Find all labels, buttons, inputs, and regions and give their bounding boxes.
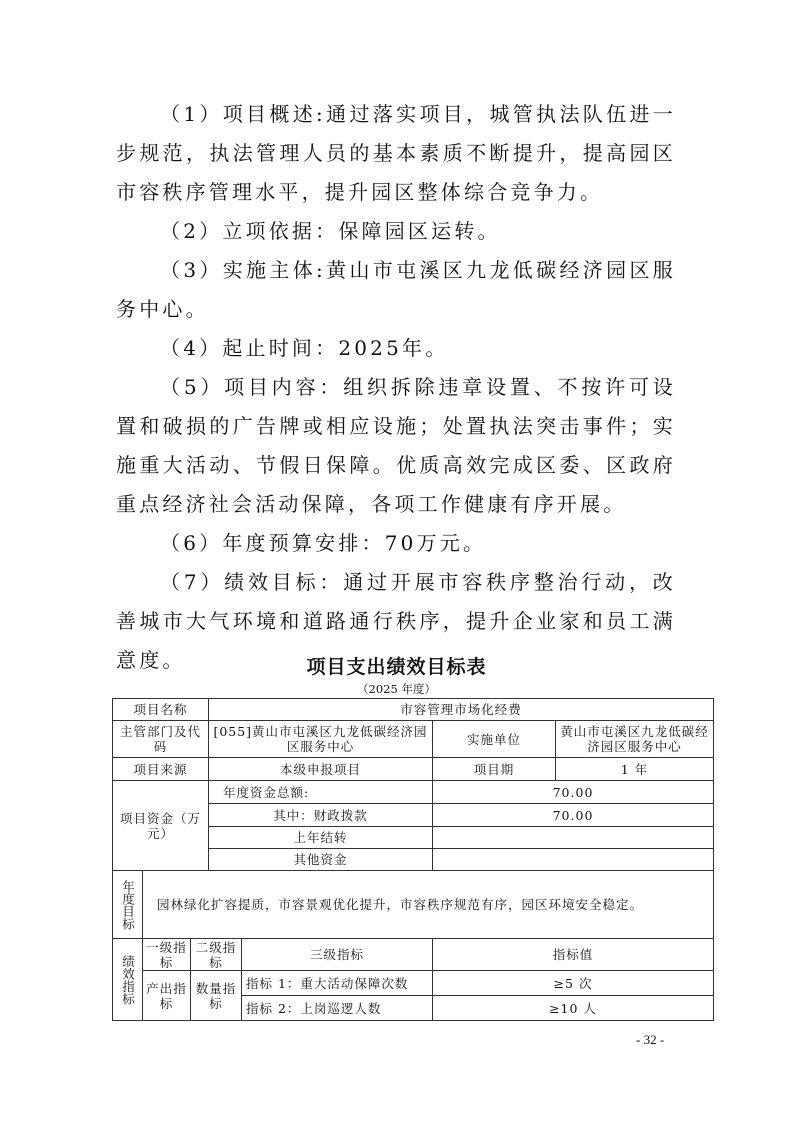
indicator-2-name: 指标 2：上岗巡逻人数	[242, 996, 433, 1021]
indicator-2-value: ≥10 人	[433, 996, 714, 1021]
perf-label: 绩效指标	[113, 939, 143, 1021]
funds-other-value	[433, 849, 714, 871]
period-value: 1 年	[556, 758, 714, 781]
funds-fiscal-label: 其中：财政拨款	[209, 804, 433, 827]
funds-total-value: 70.00	[433, 781, 714, 804]
header-level1: 一级指标	[143, 939, 191, 971]
paragraph-period: （4）起止时间：2025年。	[116, 329, 676, 368]
paragraph-budget: （6）年度预算安排：70万元。	[116, 524, 676, 563]
table-title: 项目支出绩效目标表	[0, 652, 793, 679]
project-name-value: 市容管理市场化经费	[209, 699, 714, 721]
funds-other-label: 其他资金	[209, 849, 433, 871]
funds-fiscal-value: 70.00	[433, 804, 714, 827]
header-value: 指标值	[433, 939, 714, 971]
indicator-1-name: 指标 1：重大活动保障次数	[242, 971, 433, 996]
funds-carryover-value	[433, 827, 714, 849]
paragraph-subject: （3）实施主体:黄山市屯溪区九龙低碳经济园区服务中心。	[116, 251, 676, 329]
funds-label: 项目资金（万元）	[113, 781, 209, 871]
page-number: - 32 -	[636, 1032, 664, 1048]
impl-value: 黄山市屯溪区九龙低碳经济园区服务中心	[556, 721, 714, 758]
period-label: 项目期	[433, 758, 556, 781]
paragraph-content: （5）项目内容：组织拆除违章设置、不按许可设置和破损的广告牌或相应设施；处置执法…	[116, 368, 676, 524]
performance-target-table: 项目名称 市容管理市场化经费 主管部门及代码 [055]黄山市屯溪区九龙低碳经济…	[112, 698, 714, 1021]
paragraph-overview: （1）项目概述:通过落实项目，城管执法队伍进一步规范，执法管理人员的基本素质不断…	[116, 95, 676, 212]
annual-goal-label: 年度目标	[113, 871, 143, 939]
impl-label: 实施单位	[433, 721, 556, 758]
header-level3: 三级指标	[242, 939, 433, 971]
level1-value: 产出指标	[143, 971, 191, 1021]
table-subtitle: （2025 年度）	[0, 681, 793, 697]
annual-goal-value: 园林绿化扩容提质，市容景观优化提升，市容秩序规范有序，园区环境安全稳定。	[143, 871, 714, 939]
indicator-1-value: ≥5 次	[433, 971, 714, 996]
source-value: 本级申报项目	[209, 758, 433, 781]
dept-label: 主管部门及代码	[113, 721, 209, 758]
paragraph-basis: （2）立项依据：保障园区运转。	[116, 212, 676, 251]
project-name-label: 项目名称	[113, 699, 209, 721]
funds-total-label: 年度资金总额:	[209, 781, 433, 804]
dept-value: [055]黄山市屯溪区九龙低碳经济园区服务中心	[209, 721, 433, 758]
level2-value: 数量指标	[191, 971, 242, 1021]
funds-carryover-label: 上年结转	[209, 827, 433, 849]
header-level2: 二级指标	[191, 939, 242, 971]
source-label: 项目来源	[113, 758, 209, 781]
